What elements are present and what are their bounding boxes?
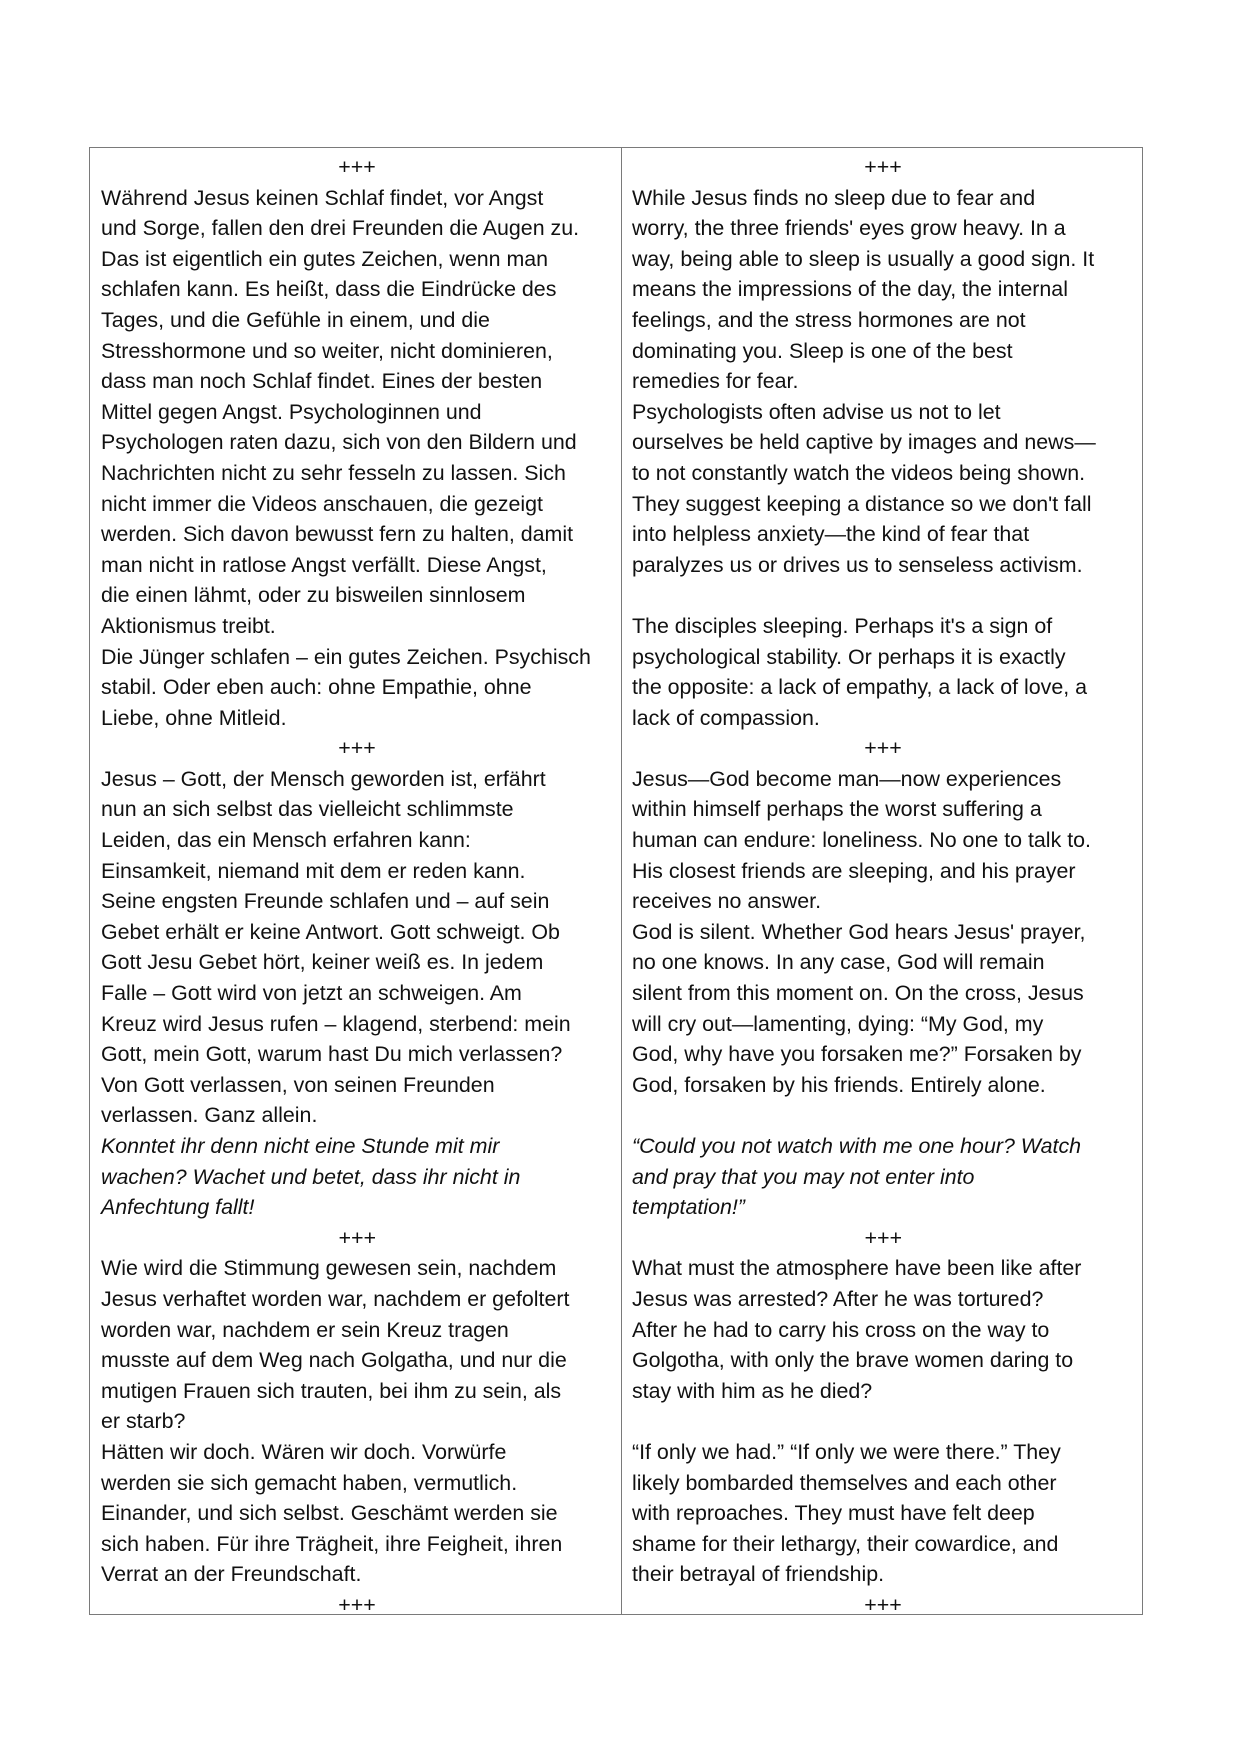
blank-line [632,1100,1134,1131]
text-line: their betrayal of friendship. [632,1559,1134,1590]
text-line: They suggest keeping a distance so we do… [632,489,1134,520]
text-line: into helpless anxiety—the kind of fear t… [632,519,1134,550]
text-line: After he had to carry his cross on the w… [632,1315,1134,1346]
section-separator: +++ [632,1590,1134,1614]
text-line: stabil. Oder eben auch: ohne Empathie, o… [101,672,613,703]
text-line: likely bombarded themselves and each oth… [632,1468,1134,1499]
text-line: worry, the three friends' eyes grow heav… [632,213,1134,244]
text-line: sich haben. Für ihre Trägheit, ihre Feig… [101,1529,613,1560]
text-line: mutigen Frauen sich trauten, bei ihm zu … [101,1376,613,1407]
text-line: Jesus—God become man—now experiences [632,764,1134,795]
text-line: nun an sich selbst das vielleicht schlim… [101,794,613,825]
text-line: Aktionismus treibt. [101,611,613,642]
text-line: lack of compassion. [632,703,1134,734]
section-separator: +++ [101,733,613,764]
text-line: ourselves be held captive by images and … [632,427,1134,458]
text-line: The disciples sleeping. Perhaps it's a s… [632,611,1134,642]
text-line: the opposite: a lack of empathy, a lack … [632,672,1134,703]
text-line: psychological stability. Or perhaps it i… [632,642,1134,673]
text-line: Einsamkeit, niemand mit dem er reden kan… [101,856,613,887]
text-line: werden sie sich gemacht haben, vermutlic… [101,1468,613,1499]
text-line: shame for their lethargy, their cowardic… [632,1529,1134,1560]
text-line: musste auf dem Weg nach Golgatha, und nu… [101,1345,613,1376]
text-line: feelings, and the stress hormones are no… [632,305,1134,336]
text-line: means the impressions of the day, the in… [632,274,1134,305]
text-line: human can endure: loneliness. No one to … [632,825,1134,856]
text-line: Stresshormone und so weiter, nicht domin… [101,336,613,367]
blank-line [632,1406,1134,1437]
text-line: Jesus – Gott, der Mensch geworden ist, e… [101,764,613,795]
text-line: Golgotha, with only the brave women dari… [632,1345,1134,1376]
english-column: +++While Jesus finds no sleep due to fea… [622,148,1142,1614]
text-line: Nachrichten nicht zu sehr fesseln zu las… [101,458,613,489]
quote-line: wachen? Wachet und betet, dass ihr nicht… [101,1162,613,1193]
text-line: remedies for fear. [632,366,1134,397]
text-line: Das ist eigentlich ein gutes Zeichen, we… [101,244,613,275]
text-line: Kreuz wird Jesus rufen – klagend, sterbe… [101,1009,613,1040]
text-line: Seine engsten Freunde schlafen und – auf… [101,886,613,917]
section-separator: +++ [632,1223,1134,1254]
text-line: stay with him as he died? [632,1376,1134,1407]
text-line: Mittel gegen Angst. Psychologinnen und [101,397,613,428]
text-line: Gebet erhält er keine Antwort. Gott schw… [101,917,613,948]
text-line: Falle – Gott wird von jetzt an schweigen… [101,978,613,1009]
text-line: no one knows. In any case, God will rema… [632,947,1134,978]
text-line: verlassen. Ganz allein. [101,1100,613,1131]
text-line: Wie wird die Stimmung gewesen sein, nach… [101,1253,613,1284]
quote-line: and pray that you may not enter into [632,1162,1134,1193]
text-line: What must the atmosphere have been like … [632,1253,1134,1284]
text-line: Tages, und die Gefühle in einem, und die [101,305,613,336]
text-line: God is silent. Whether God hears Jesus' … [632,917,1134,948]
text-line: Jesus verhaftet worden war, nachdem er g… [101,1284,613,1315]
text-line: die einen lähmt, oder zu bisweilen sinnl… [101,580,613,611]
text-line: dass man noch Schlaf findet. Eines der b… [101,366,613,397]
text-line: Verrat an der Freundschaft. [101,1559,613,1590]
text-line: worden war, nachdem er sein Kreuz tragen [101,1315,613,1346]
text-line: schlafen kann. Es heißt, dass die Eindrü… [101,274,613,305]
german-column: +++Während Jesus keinen Schlaf findet, v… [90,148,622,1614]
text-line: werden. Sich davon bewusst fern zu halte… [101,519,613,550]
text-line: Von Gott verlassen, von seinen Freunden [101,1070,613,1101]
text-line: receives no answer. [632,886,1134,917]
text-line: nicht immer die Videos anschauen, die ge… [101,489,613,520]
text-line: paralyzes us or drives us to senseless a… [632,550,1134,581]
text-line: dominating you. Sleep is one of the best [632,336,1134,367]
text-line: Die Jünger schlafen – ein gutes Zeichen.… [101,642,613,673]
text-line: Psychologists often advise us not to let [632,397,1134,428]
text-line: While Jesus finds no sleep due to fear a… [632,183,1134,214]
text-line: Gott, mein Gott, warum hast Du mich verl… [101,1039,613,1070]
blank-line [632,580,1134,611]
text-line: within himself perhaps the worst sufferi… [632,794,1134,825]
text-line: Während Jesus keinen Schlaf findet, vor … [101,183,613,214]
text-line: to not constantly watch the videos being… [632,458,1134,489]
quote-line: temptation!” [632,1192,1134,1223]
text-line: way, being able to sleep is usually a go… [632,244,1134,275]
text-line: Hätten wir doch. Wären wir doch. Vorwürf… [101,1437,613,1468]
quote-line: Anfechtung fallt! [101,1192,613,1223]
section-separator: +++ [632,733,1134,764]
text-line: God, forsaken by his friends. Entirely a… [632,1070,1134,1101]
text-line: Liebe, ohne Mitleid. [101,703,613,734]
text-line: Jesus was arrested? After he was torture… [632,1284,1134,1315]
text-line: Einander, und sich selbst. Geschämt werd… [101,1498,613,1529]
text-line: Psychologen raten dazu, sich von den Bil… [101,427,613,458]
quote-line: Konntet ihr denn nicht eine Stunde mit m… [101,1131,613,1162]
text-line: with reproaches. They must have felt dee… [632,1498,1134,1529]
section-separator: +++ [632,152,1134,183]
bilingual-text-table: +++Während Jesus keinen Schlaf findet, v… [89,147,1143,1615]
section-separator: +++ [101,152,613,183]
text-line: Leiden, das ein Mensch erfahren kann: [101,825,613,856]
section-separator: +++ [101,1590,613,1614]
text-line: man nicht in ratlose Angst verfällt. Die… [101,550,613,581]
section-separator: +++ [101,1223,613,1254]
text-line: His closest friends are sleeping, and hi… [632,856,1134,887]
text-line: Gott Jesu Gebet hört, keiner weiß es. In… [101,947,613,978]
text-line: er starb? [101,1406,613,1437]
text-line: und Sorge, fallen den drei Freunden die … [101,213,613,244]
text-line: silent from this moment on. On the cross… [632,978,1134,1009]
text-line: will cry out—lamenting, dying: “My God, … [632,1009,1134,1040]
text-line: “If only we had.” “If only we were there… [632,1437,1134,1468]
quote-line: “Could you not watch with me one hour? W… [632,1131,1134,1162]
text-line: God, why have you forsaken me?” Forsaken… [632,1039,1134,1070]
